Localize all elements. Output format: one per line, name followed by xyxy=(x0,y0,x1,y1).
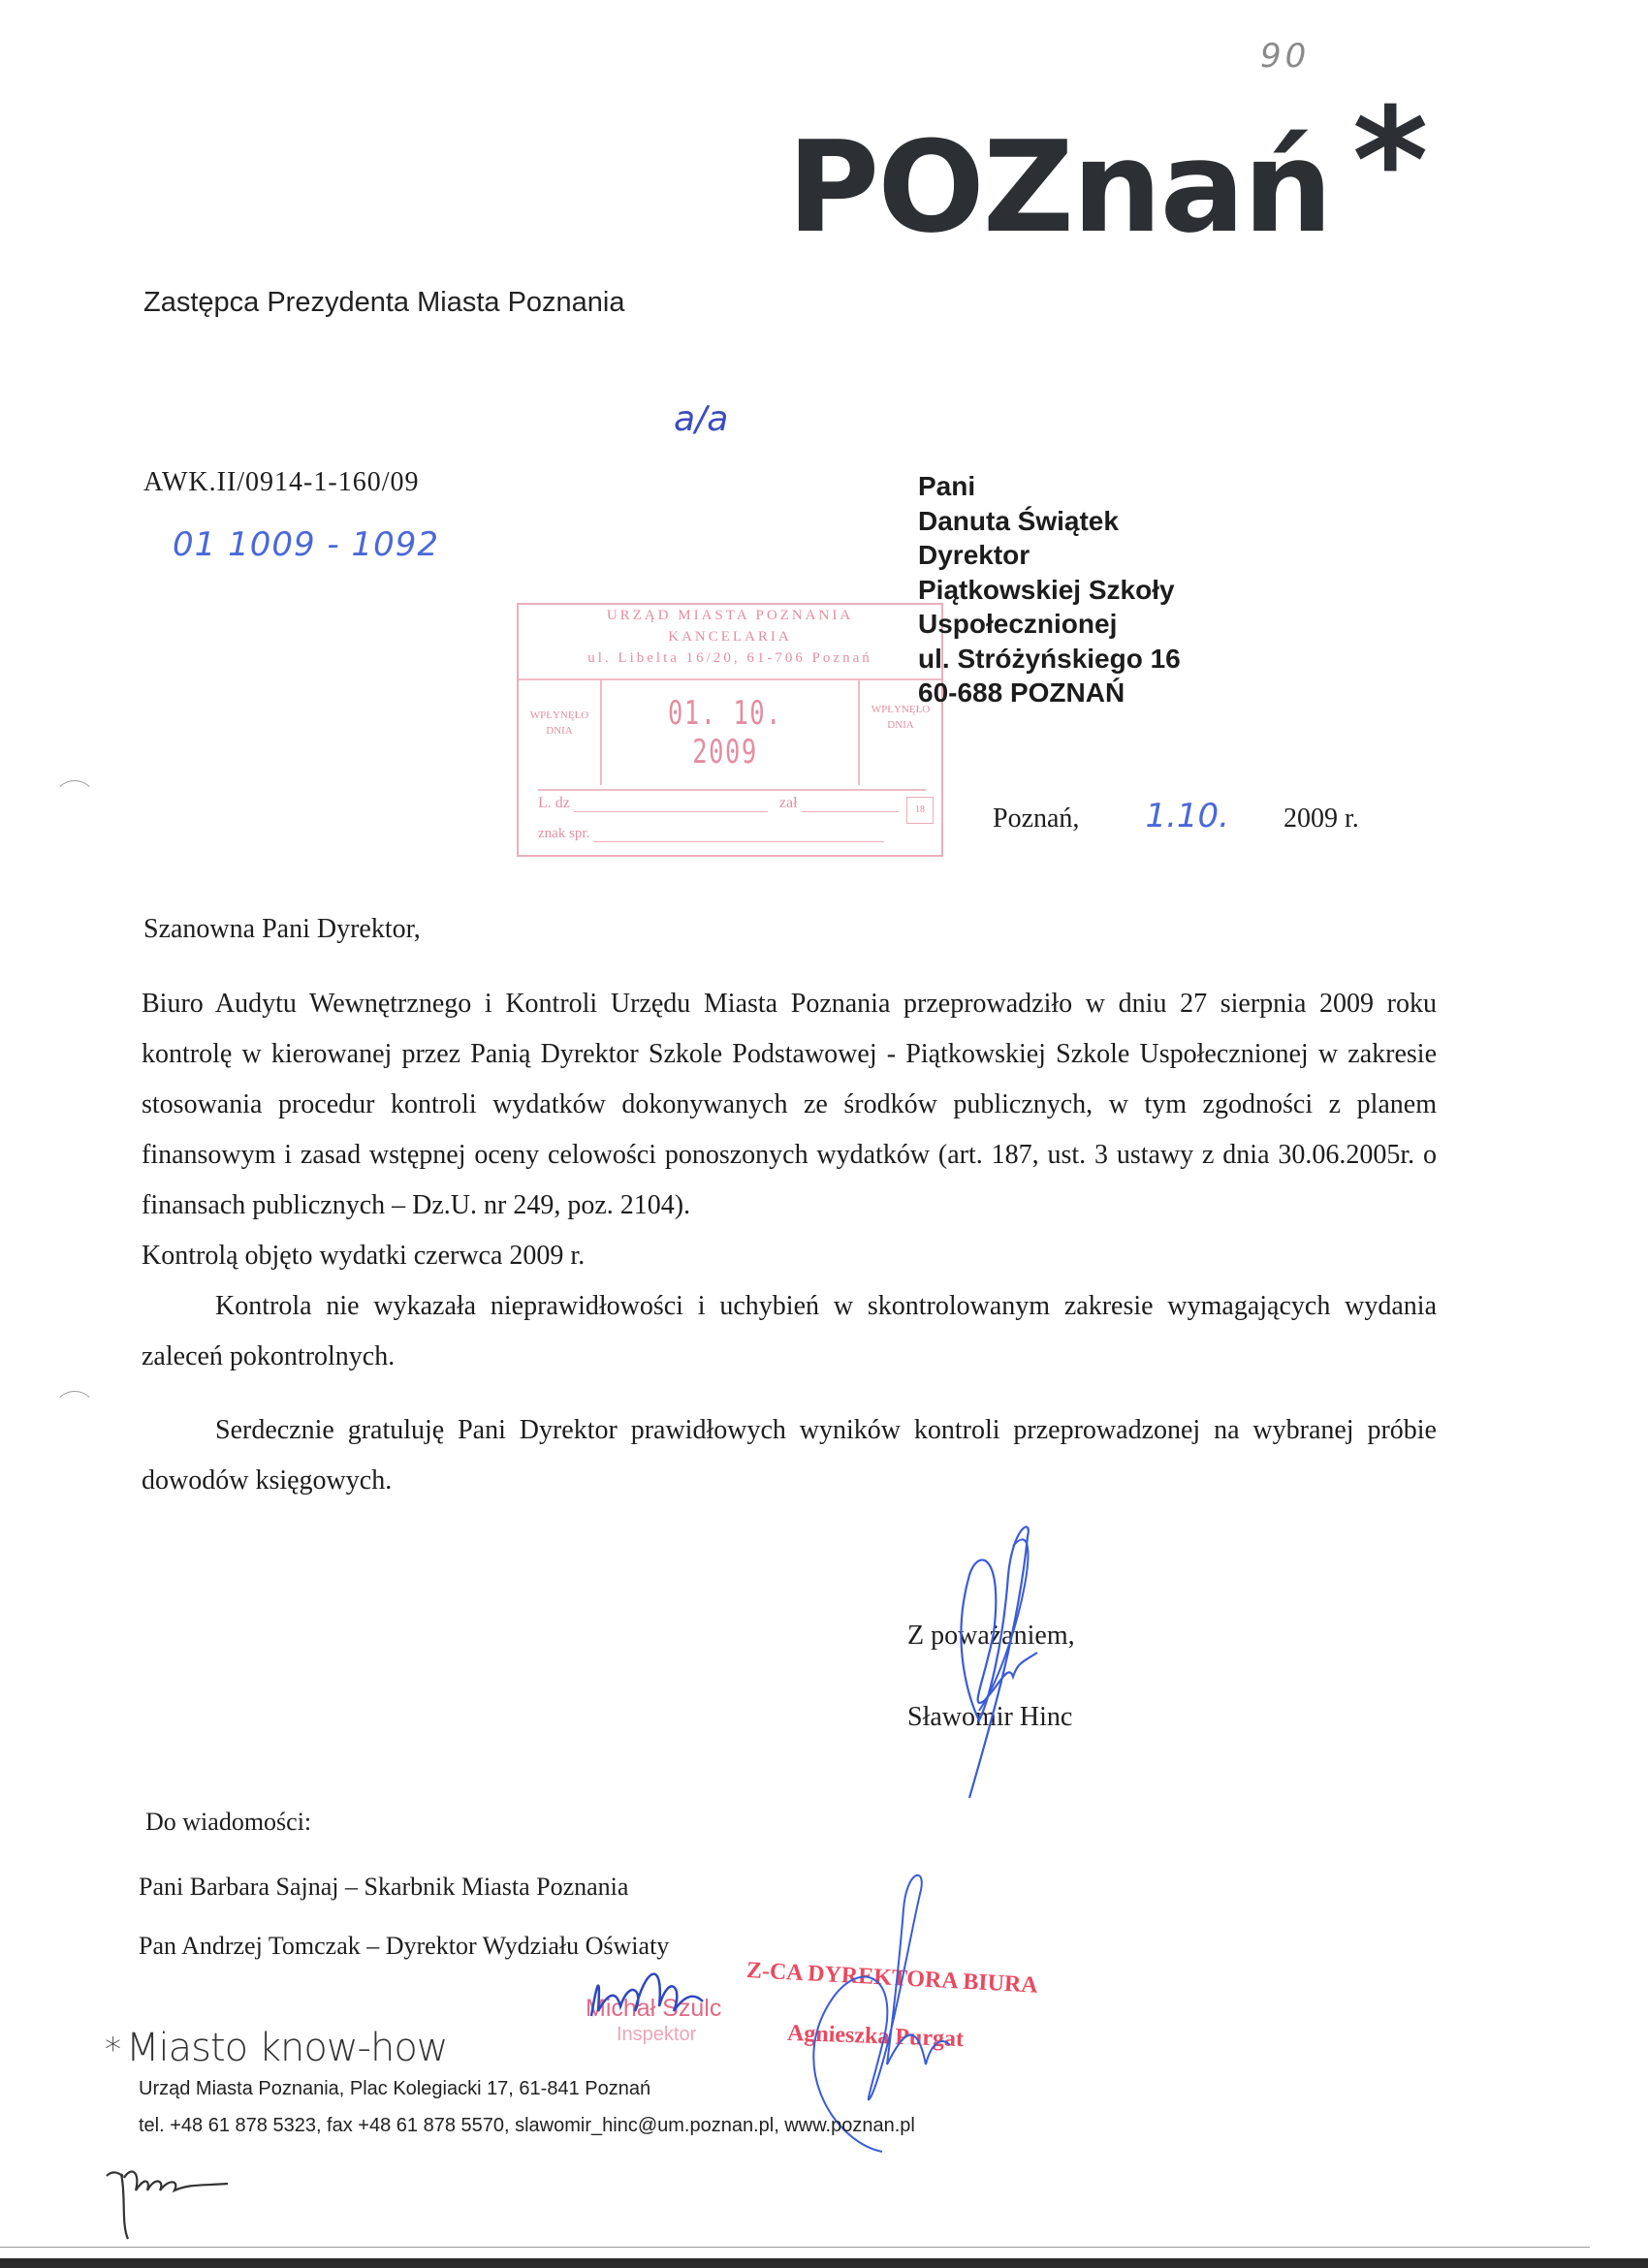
letter-body: Biuro Audytu Wewnętrznego i Kontroli Urz… xyxy=(142,979,1437,1506)
stamp-box-number: 18 xyxy=(906,797,934,824)
hole-punch-mark xyxy=(53,1391,96,1433)
footer-address: Urząd Miasta Poznania, Plac Kolegiacki 1… xyxy=(139,2078,650,2100)
footer-contact: tel. +48 61 878 5323, fax +48 61 878 557… xyxy=(139,2115,915,2137)
inspector-stamp-title: Inspektor xyxy=(617,2024,696,2046)
handwritten-signature-icon xyxy=(911,1517,1086,1808)
handwritten-date: 1.10. xyxy=(1145,797,1229,835)
cc-recipient: Pani Barbara Sajnaj – Skarbnik Miasta Po… xyxy=(139,1857,669,1916)
place-date: Poznań,1.10.2009 r. xyxy=(993,797,1359,835)
recipient-address: Pani Danuta Świątek Dyrektor Piątkowskie… xyxy=(918,469,1181,710)
salutation: Szanowna Pani Dyrektor, xyxy=(143,914,421,945)
handwritten-page-number: 90 xyxy=(1260,37,1310,76)
stamp-case-mark-row: znak spr. xyxy=(538,826,884,842)
body-paragraph: Serdecznie gratuluję Pani Dyrektor prawi… xyxy=(142,1405,1437,1506)
asterisk-icon: * xyxy=(105,2031,120,2069)
logo-asterisk-icon: * xyxy=(1352,89,1428,235)
body-paragraph: Kontrola nie wykazała nieprawidłowości i… xyxy=(142,1281,1437,1382)
initials-signature-icon xyxy=(97,2157,252,2244)
footer-slogan: *Miasto know-how xyxy=(105,2026,448,2070)
stamp-received-label-left: WPŁYNĘŁO DNIA xyxy=(519,678,602,785)
inspector-signature-icon xyxy=(577,1958,751,2026)
handwritten-registry-number: 01 1009 - 1092 xyxy=(173,525,439,564)
reference-number: AWK.II/0914-1-160/09 xyxy=(143,467,419,498)
scan-edge xyxy=(0,2258,1648,2268)
registry-stamp: URZĄD MIASTA POZNANIA KANCELARIA ul. Lib… xyxy=(517,603,943,857)
body-paragraph: Kontrolą objęto wydatki czerwca 2009 r. xyxy=(142,1231,1437,1281)
cc-label: Do wiadomości: xyxy=(145,1808,311,1837)
stamp-journal-row: L. dz zał xyxy=(538,789,926,812)
hole-punch-mark xyxy=(53,780,96,822)
body-paragraph: Biuro Audytu Wewnętrznego i Kontroli Urz… xyxy=(142,979,1437,1231)
stamp-office-header: URZĄD MIASTA POZNANIA KANCELARIA ul. Lib… xyxy=(519,605,941,680)
sender-title: Zastępca Prezydenta Miasta Poznania xyxy=(143,287,625,319)
poznan-logo: POZnań xyxy=(787,124,1331,250)
handwritten-file-note: a/a xyxy=(674,399,728,439)
stamp-received-date: 01. 10. 2009 xyxy=(634,694,816,772)
scan-edge-line xyxy=(0,2247,1590,2248)
